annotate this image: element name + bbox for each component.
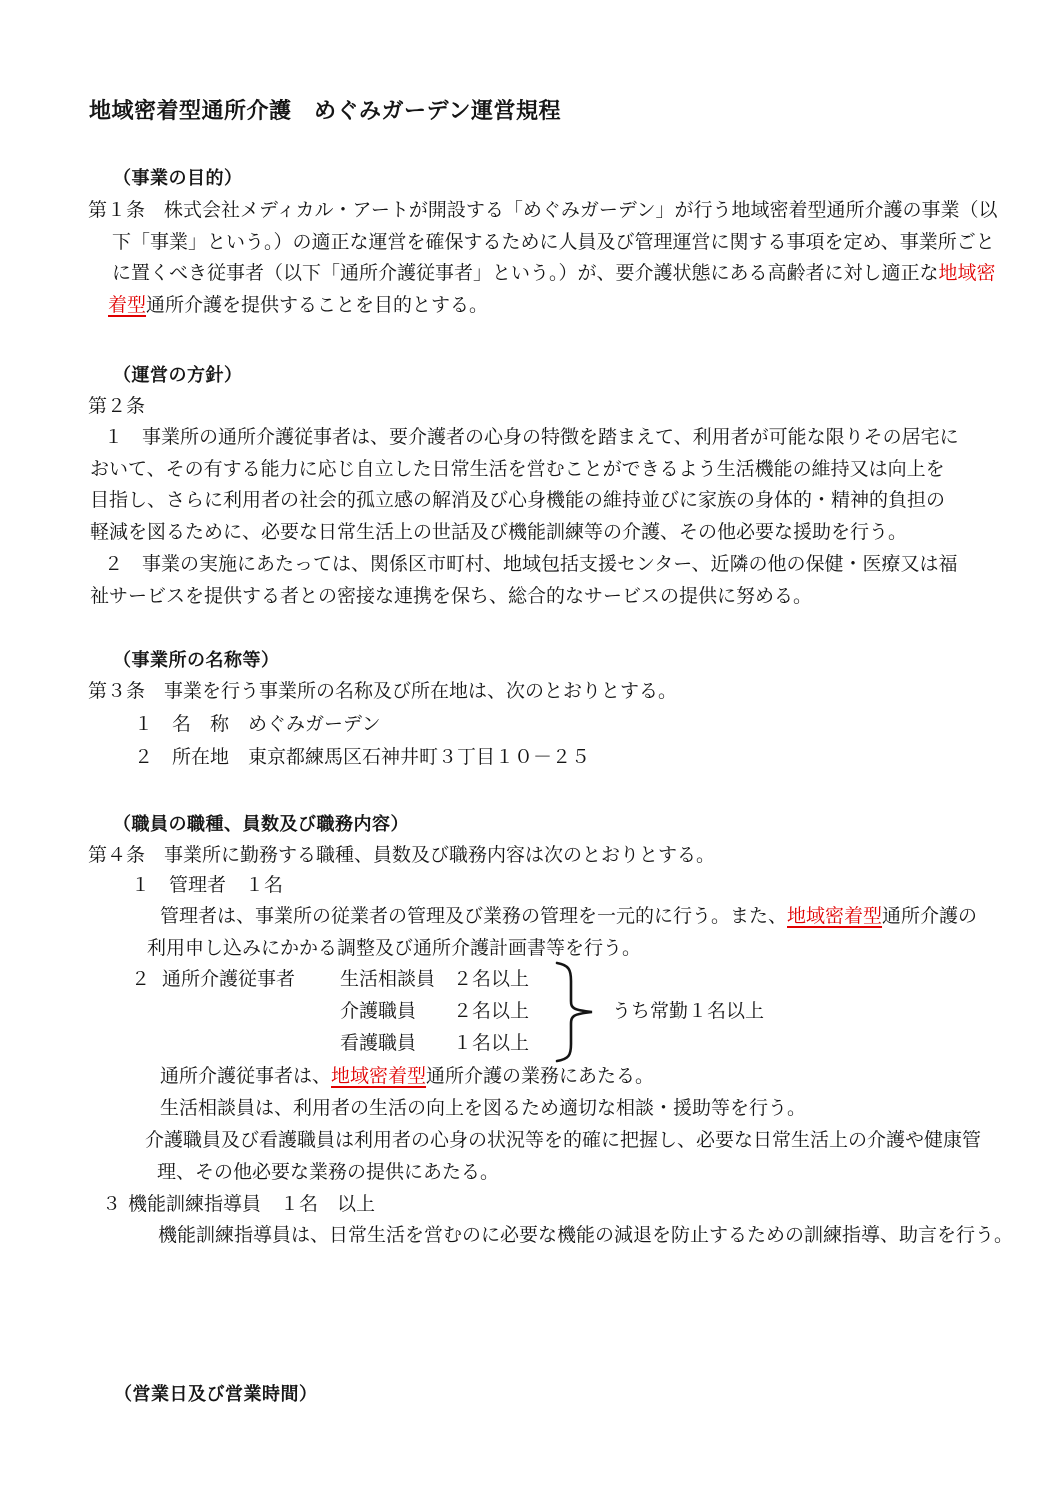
item1-desc-text-2: 通所介護の <box>882 906 977 927</box>
article-4-item3-title: 機能訓練指導員 １名 以上 <box>128 1194 375 1216</box>
article-2-item1-line-4: 軽減を図るために、必要な日常生活上の世話及び機能訓練等の介護、その他必要な援助を… <box>90 522 907 544</box>
article-2-item2-line-1: ２ 事業の実施にあたっては、関係区市町村、地域包括支援センター、近隣の他の保健・… <box>104 554 957 576</box>
item2-desc-text-2: 通所介護の業務にあたる。 <box>426 1066 654 1087</box>
article-4-item2-number: ２ <box>131 969 150 991</box>
article-3-intro: 第３条 事業を行う事業所の名称及び所在地は、次のとおりとする。 <box>88 681 677 703</box>
item2-desc-text-1: 通所介護従事者は、 <box>160 1066 331 1087</box>
article-4-item2-desc-line-4: 理、その他必要な業務の提供にあたる。 <box>157 1162 499 1184</box>
section-heading-policy: （運営の方針） <box>113 364 243 386</box>
staff-role-name: 生活相談員 <box>340 969 435 991</box>
section-heading-staff: （職員の職種、員数及び職務内容） <box>113 813 409 835</box>
item1-desc-red-text: 地域密着型 <box>787 906 882 927</box>
document-title: 地域密着型通所介護 めぐみガーデン運営規程 <box>89 100 561 122</box>
article-2-item1-line-1: １ 事業所の通所介護従事者は、要介護者の心身の特徴を踏まえて、利用者が可能な限り… <box>104 427 959 449</box>
article-4-item1-desc-line-1: 管理者は、事業所の従業者の管理及び業務の管理を一元的に行う。また、地域密着型通所… <box>160 906 977 928</box>
grouping-brace-icon <box>554 960 598 1064</box>
staff-role-count: １名以上 <box>453 1033 529 1055</box>
article-1-line-4-red-text: 着型 <box>108 295 146 316</box>
article-4-item2-desc-line-2: 生活相談員は、利用者の生活の向上を図るため適切な相談・援助等を行う。 <box>160 1098 806 1120</box>
article-1-line-3: に置くべき従事者（以下「通所介護従事者」という。）が、要介護状態にある高齢者に対… <box>112 263 996 285</box>
article-2-item2-line-2: 祉サービスを提供する者との密接な連携を保ち、総合的なサービスの提供に努める。 <box>90 586 812 608</box>
section-heading-office-name: （事業所の名称等） <box>113 649 280 671</box>
article-3-item2-address: ２ 所在地 東京都練馬区石神井町３丁目１０－２５ <box>134 747 590 769</box>
document-page: 地域密着型通所介護 めぐみガーデン運営規程 （事業の目的） 第１条 株式会社メデ… <box>0 0 1058 1497</box>
article-4-item3-desc: 機能訓練指導員は、日常生活を営むのに必要な機能の減退を防止するための訓練指導、助… <box>158 1225 1013 1247</box>
article-1-line-3-text: に置くべき従事者（以下「通所介護従事者」という。）が、要介護状態にある高齢者に対… <box>112 263 939 284</box>
article-1-line-4: 着型通所介護を提供することを目的とする。 <box>108 295 488 317</box>
section-heading-purpose: （事業の目的） <box>113 167 243 189</box>
staff-role-name: 介護職員 <box>340 1001 416 1023</box>
article-2-item1-line-3: 目指し、さらに利用者の社会的孤立感の解消及び心身機能の維持並びに家族の身体的・精… <box>90 490 945 512</box>
section-heading-business-hours: （営業日及び営業時間） <box>114 1383 318 1405</box>
article-4-item1-desc-line-2: 利用申し込みにかかる調整及び通所介護計画書等を行う。 <box>147 938 641 960</box>
article-1-line-4-text: 通所介護を提供することを目的とする。 <box>146 295 488 316</box>
article-1-line-2: 下「事業」という。）の適正な運営を確保するために人員及び管理運営に関する事項を定… <box>112 232 995 254</box>
article-4-intro: 第４条 事業所に勤務する職種、員数及び職務内容は次のとおりとする。 <box>88 845 715 867</box>
article-1-line-1: 第１条 株式会社メディカル・アートが開設する「めぐみガーデン」が行う地域密着型通… <box>88 200 998 222</box>
article-2-number: 第２条 <box>88 396 145 418</box>
item1-desc-text-1: 管理者は、事業所の従業者の管理及び業務の管理を一元的に行う。また、 <box>160 906 787 927</box>
article-4-item2-title: 通所介護従事者 <box>162 969 295 991</box>
article-2-item1-line-2: おいて、その有する能力に応じ自立した日常生活を営むことができるよう生活機能の維持… <box>90 459 945 481</box>
article-3-item1-name: １ 名 称 めぐみガーデン <box>134 714 381 736</box>
staff-role-count: ２名以上 <box>453 1001 529 1023</box>
item2-desc-red-text: 地域密着型 <box>331 1066 426 1087</box>
article-4-item1-title: １ 管理者 １名 <box>131 875 283 897</box>
article-4-item2-desc-line-1: 通所介護従事者は、地域密着型通所介護の業務にあたる。 <box>160 1066 654 1088</box>
article-4-item3-number: ３ <box>102 1194 121 1216</box>
article-1-line-3-red-text: 地域密 <box>939 263 996 284</box>
staff-role-count: ２名以上 <box>453 969 529 991</box>
staff-role-name: 看護職員 <box>340 1033 416 1055</box>
brace-note: うち常勤１名以上 <box>612 1001 764 1023</box>
article-4-item2-desc-line-3: 介護職員及び看護職員は利用者の心身の状況等を的確に把握し、必要な日常生活上の介護… <box>145 1130 981 1152</box>
